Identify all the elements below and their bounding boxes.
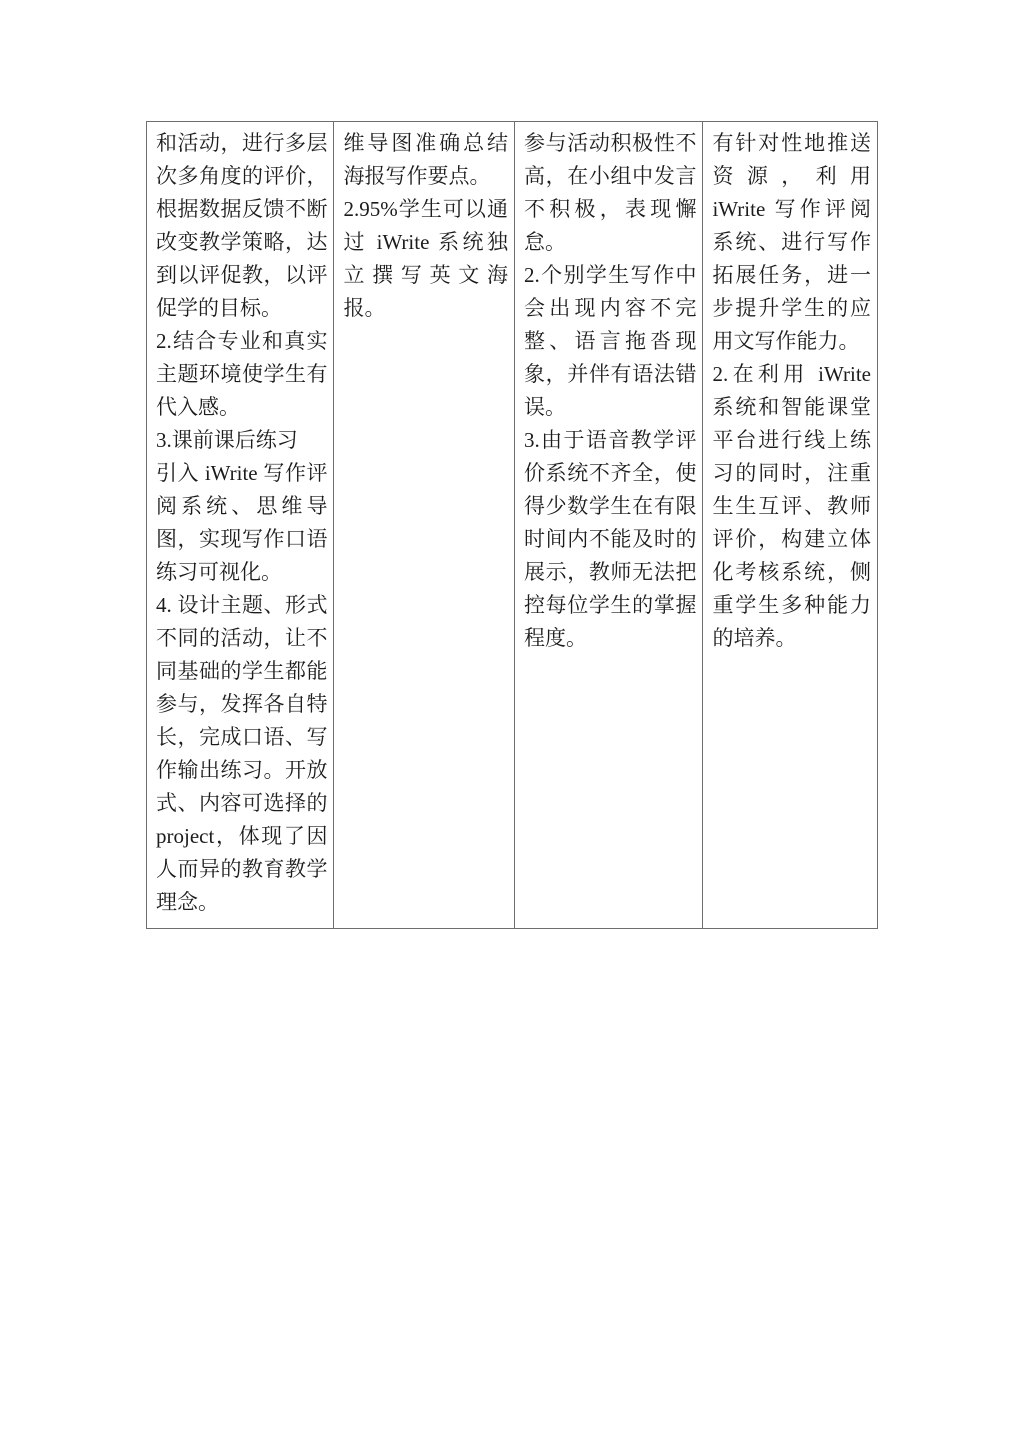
paragraph: 引入 iWrite 写作评阅系统、思维导图，实现写作口语练习可视化。 (156, 457, 327, 589)
table-cell-improvements: 有针对性地推送资源，利用 iWrite 写作评阅系统、进行写作拓展任务，进一步提… (702, 122, 877, 928)
table-cell-problems: 参与活动积极性不高，在小组中发言不积极，表现懈怠。2.个别学生写作中会出现内容不… (514, 122, 702, 928)
paragraph: 2.个别学生写作中会出现内容不完整、语言拖沓现象，并伴有语法错误。 (524, 259, 696, 424)
paragraph: 参与活动积极性不高，在小组中发言不积极，表现懈怠。 (524, 127, 696, 259)
evaluation-table: 和活动，进行多层次多角度的评价，根据数据反馈不断改变教学策略，达到以评促教，以评… (146, 121, 878, 929)
paragraph: 2.95%学生可以通过 iWrite 系统独立撰写英文海报。 (343, 193, 508, 325)
paragraph: 维导图准确总结海报写作要点。 (343, 127, 508, 193)
paragraph: 3.由于语音教学评价系统不齐全，使得少数学生在有限时间内不能及时的展示，教师无法… (524, 424, 696, 655)
paragraph: 4. 设计主题、形式不同的活动，让不同基础的学生都能参与，发挥各自特长，完成口语… (156, 589, 327, 919)
table-cell-teaching-methods: 和活动，进行多层次多角度的评价，根据数据反馈不断改变教学策略，达到以评促教，以评… (147, 122, 333, 928)
table-cell-achievements: 维导图准确总结海报写作要点。2.95%学生可以通过 iWrite 系统独立撰写英… (333, 122, 514, 928)
document-page: 和活动，进行多层次多角度的评价，根据数据反馈不断改变教学策略，达到以评促教，以评… (0, 0, 1024, 1448)
paragraph: 和活动，进行多层次多角度的评价，根据数据反馈不断改变教学策略，达到以评促教，以评… (156, 127, 327, 325)
paragraph: 2.在利用 iWrite 系统和智能课堂平台进行线上练习的同时，注重生生互评、教… (712, 358, 871, 655)
paragraph: 3.课前课后练习 (156, 424, 327, 457)
paragraph: 2.结合专业和真实主题环境使学生有代入感。 (156, 325, 327, 424)
paragraph: 有针对性地推送资源，利用 iWrite 写作评阅系统、进行写作拓展任务，进一步提… (712, 127, 871, 358)
